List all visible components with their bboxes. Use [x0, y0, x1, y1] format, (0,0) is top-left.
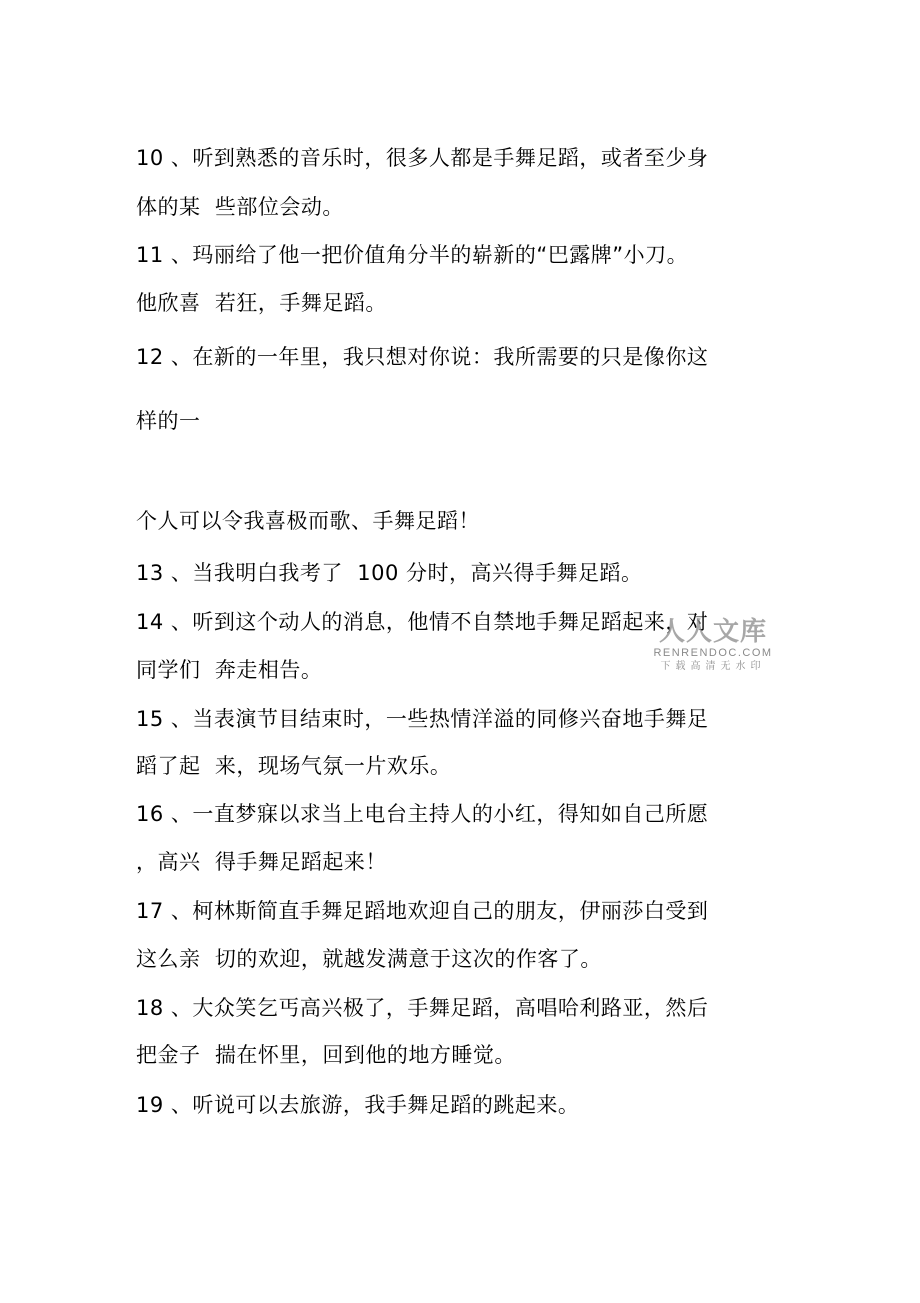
text-line: 16 、一直梦寐以求当上电台主持人的小红，得知如自己所愿 [136, 800, 708, 828]
text-line: 19 、听说可以去旅游，我手舞足蹈的跳起来。 [136, 1091, 579, 1119]
watermark: 人人文库 RENRENDOC.COM 下载高清无水印 [648, 618, 778, 674]
watermark-url: RENRENDOC.COM [648, 646, 778, 660]
text-line: 体的某 些部位会动。 [136, 193, 344, 221]
text-line: 样的一 [136, 407, 201, 435]
text-line: 把金子 揣在怀里，回到他的地方睡觉。 [136, 1041, 516, 1069]
text-line: 个人可以令我喜极而歌、手舞足蹈！ [136, 507, 480, 535]
text-line: 他欣喜 若狂，手舞足蹈。 [136, 289, 387, 317]
text-line: 14 、听到这个动人的消息，他情不自禁地手舞足蹈起来，对 [136, 608, 708, 636]
watermark-logo-text: 人人文库 [648, 618, 778, 646]
text-line: 这么亲 切的欢迎，就越发满意于这次的作客了。 [136, 945, 602, 973]
text-line: 10 、听到熟悉的音乐时，很多人都是手舞足蹈，或者至少身 [136, 144, 708, 172]
text-line: ，高兴 得手舞足蹈起来！ [136, 848, 387, 876]
text-line: 11 、玛丽给了他一把价值角分半的崭新的“巴露牌”小刀。 [136, 241, 688, 269]
text-line: 蹈了起 来，现场气氛一片欢乐。 [136, 752, 451, 780]
text-line: 13 、当我明白我考了 100 分时，高兴得手舞足蹈。 [136, 559, 643, 587]
text-line: 18 、大众笑乞丐高兴极了，手舞足蹈，高唱哈利路亚，然后 [136, 994, 708, 1022]
watermark-subtitle: 下载高清无水印 [648, 660, 778, 674]
text-line: 12 、在新的一年里，我只想对你说：我所需要的只是像你这 [136, 343, 708, 371]
text-line: 17 、柯林斯简直手舞足蹈地欢迎自己的朋友，伊丽莎白受到 [136, 897, 708, 925]
text-line: 同学们 奔走相告。 [136, 656, 322, 684]
text-line: 15 、当表演节目结束时，一些热情洋溢的同修兴奋地手舞足 [136, 705, 708, 733]
